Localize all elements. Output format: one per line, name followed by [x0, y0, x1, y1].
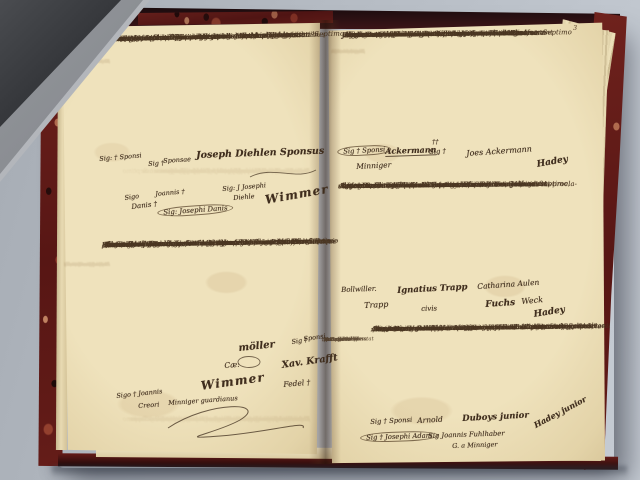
book-cover-top-marble [138, 11, 333, 25]
handwritten-line: Baptista Fuchs et Martinus Weck, uxor. e… [340, 180, 502, 191]
handwritten-line: ad nos missas [322, 335, 364, 345]
pen-flourish [248, 163, 318, 183]
right-page [327, 20, 605, 464]
page-number: 3 [573, 24, 577, 32]
cast-shadow [52, 466, 627, 477]
marginal-note: qua fidesin parochiain Regisheimut nobis… [324, 335, 374, 336]
pen-flourish [160, 398, 310, 443]
archival-manuscript-photo: Anno Domini millesimo Septingentesimo oc… [0, 0, 640, 480]
pen-flourish [236, 355, 262, 369]
